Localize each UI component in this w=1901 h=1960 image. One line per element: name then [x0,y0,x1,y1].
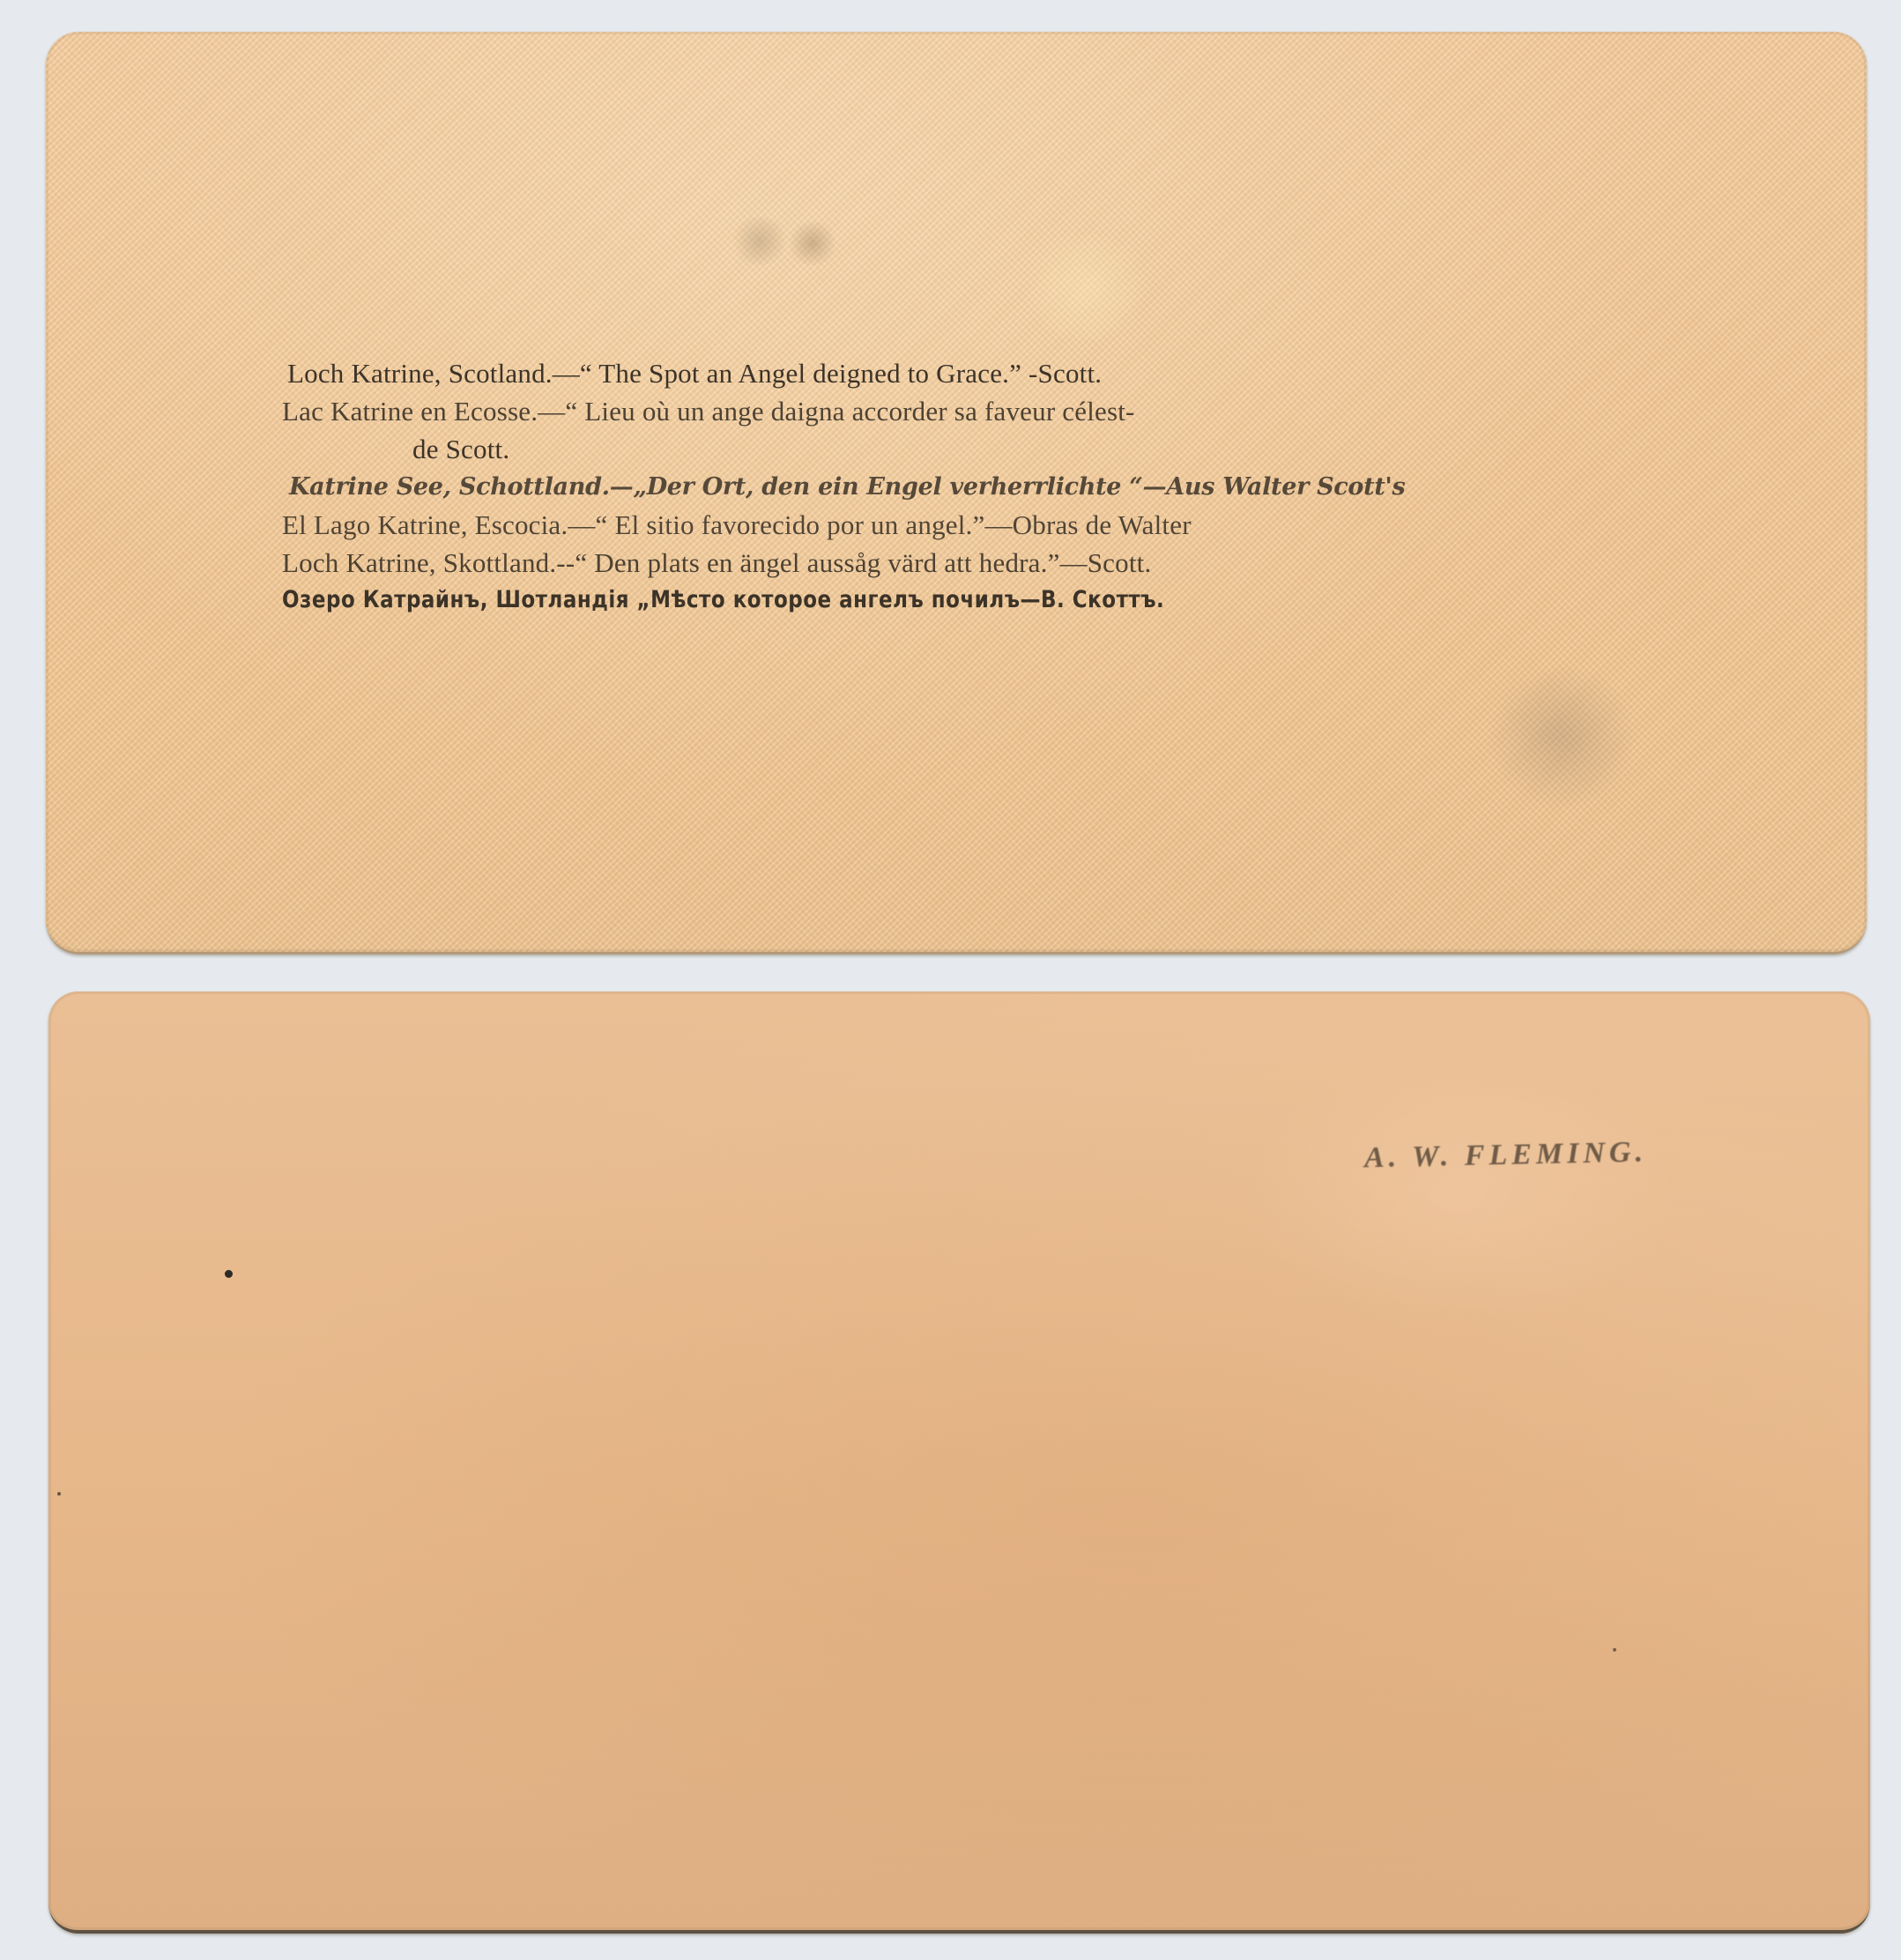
caption-spanish: El Lago Katrine, Escocia.—“ El sitio fav… [282,506,1516,544]
stereoview-card-caption-side: Loch Katrine, Scotland.—“ The Spot an An… [46,32,1867,954]
stereoview-card-stamp-side [48,991,1870,1934]
ink-speck [57,1492,61,1496]
caption-german: Katrine See, Schottland.—„Der Ort, den e… [282,468,1516,506]
caption-swedish: Loch Katrine, Skottland.--“ Den plats en… [282,544,1516,582]
caption-french-continued: de Scott. [282,430,1516,468]
ink-speck [225,1270,233,1278]
photographer-stamp: A. W. FLEMING. [1364,1136,1648,1176]
foxing-stain [729,217,791,265]
light-patch [1238,1062,1679,1326]
light-patch [1015,234,1156,340]
caption-russian: Озеро Катрайнъ, Шотландія „Мѣсто которое… [282,579,1516,622]
specks [1474,666,1650,807]
multilingual-caption: Loch Katrine, Scotland.—“ The Spot an An… [282,354,1516,620]
caption-french: Lac Katrine en Ecosse.—“ Lieu où un ange… [282,392,1516,430]
foxing-stain [786,221,839,265]
caption-english: Loch Katrine, Scotland.—“ The Spot an An… [282,354,1516,392]
ink-speck [1613,1648,1616,1652]
